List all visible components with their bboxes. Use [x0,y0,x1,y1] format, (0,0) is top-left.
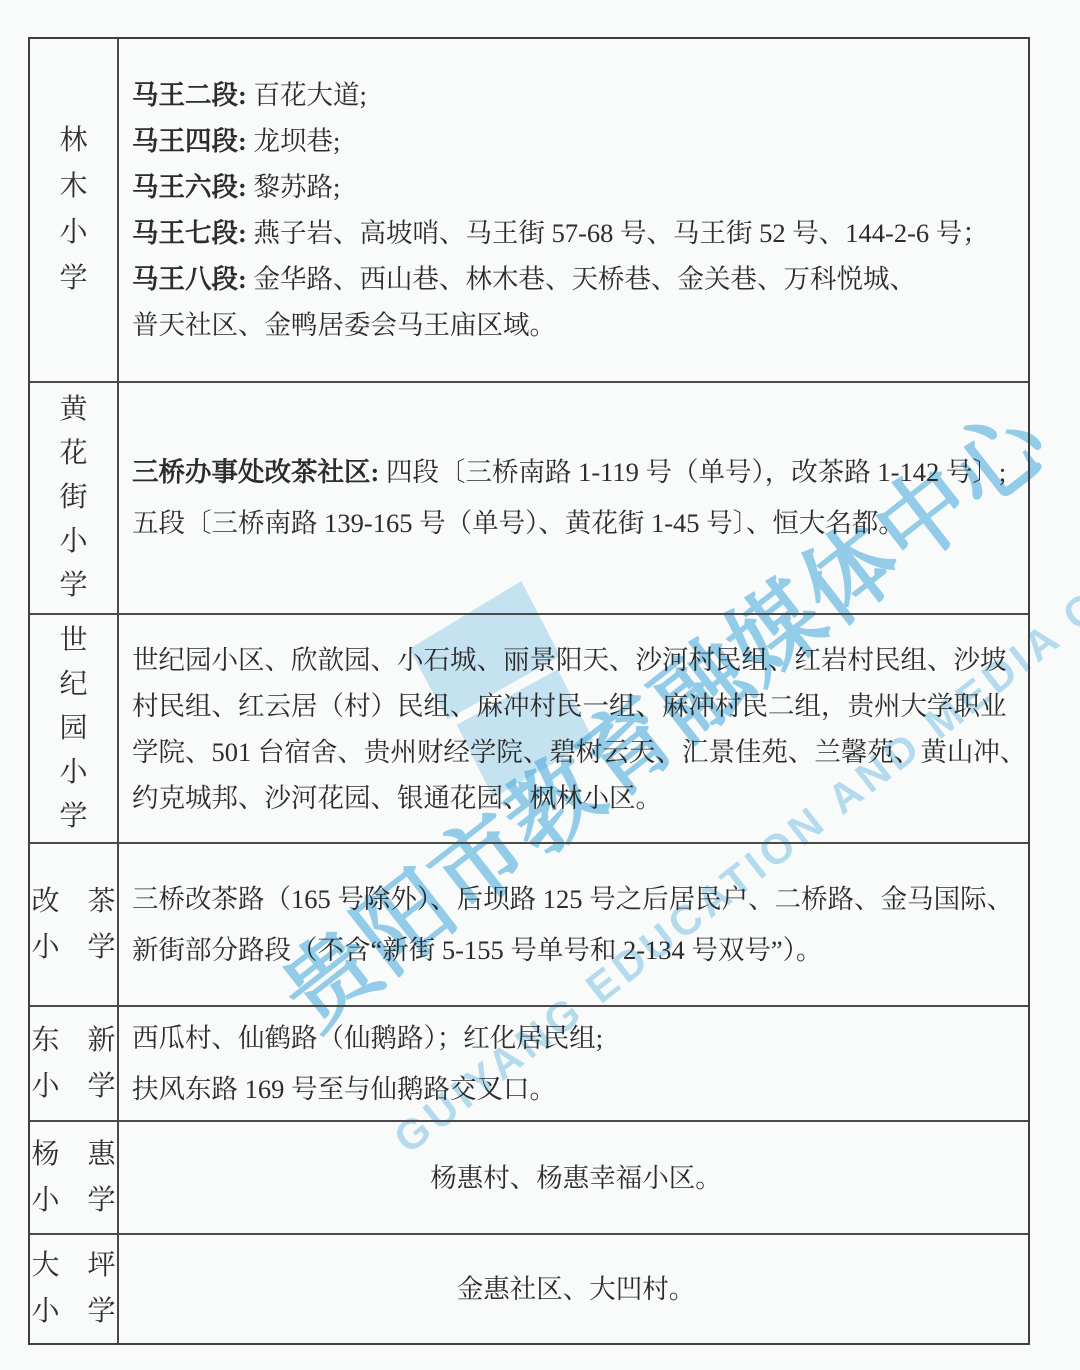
school-name-cell: 林木小学 [30,39,119,381]
district-text-line: 约克城邦、沙河花园、银通花园、枫林小区。 [132,775,1020,821]
district-text-line: 马王六段: 黎苏路; [132,164,1020,210]
table-row: 东 新小 学西瓜村、仙鹤路（仙鹅路）；红化居民组;扶风东路 169 号至与仙鹅路… [30,1007,1028,1122]
district-text-cell: 世纪园小区、欣歆园、小石城、丽景阳天、沙河村民组、红岩村民组、沙坡村民组、红云居… [119,615,1028,842]
district-text-cell: 金惠社区、大凹村。 [119,1235,1028,1343]
school-name-line: 林 [59,118,87,164]
school-name-line: 大 坪 [31,1243,115,1289]
school-name-line: 园 [59,707,87,751]
district-text-line: 西瓜村、仙鹤路（仙鹅路）；红化居民组; [132,1013,1020,1064]
district-text-line: 普天社区、金鸭居委会马王庙区域。 [132,302,1020,348]
school-name-line: 小 学 [31,1064,115,1110]
school-name-line: 小 学 [31,925,115,971]
school-name-line: 木 [59,164,87,210]
table-row: 林木小学马王二段: 百花大道;马王四段: 龙坝巷;马王六段: 黎苏路;马王七段:… [30,39,1028,383]
school-name-line: 花 [59,432,87,476]
district-text-line: 马王八段: 金华路、西山巷、林木巷、天桥巷、金关巷、万科悦城、 [132,256,1020,302]
district-text-line: 五段〔三桥南路 139-165 号（单号）、黄花街 1-45 号〕、恒大名都。 [132,498,1020,549]
district-text-cell: 杨惠村、杨惠幸福小区。 [119,1122,1028,1233]
school-name-line: 小 [59,520,87,564]
district-text-cell: 三桥改茶路（165 号除外）、后坝路 125 号之后居民户、二桥路、金马国际、新… [119,844,1028,1005]
table-row: 黄花街小学三桥办事处改茶社区: 四段〔三桥南路 1-119 号（单号），改茶路 … [30,383,1028,615]
district-table: 林木小学马王二段: 百花大道;马王四段: 龙坝巷;马王六段: 黎苏路;马王七段:… [28,37,1030,1345]
school-name-line: 学 [59,564,87,608]
school-name-cell: 黄花街小学 [30,383,119,613]
school-name-line: 东 新 [31,1018,115,1064]
district-text-cell: 三桥办事处改茶社区: 四段〔三桥南路 1-119 号（单号），改茶路 1-142… [119,383,1028,613]
school-name-line: 小 学 [31,1178,115,1224]
district-text-line: 世纪园小区、欣歆园、小石城、丽景阳天、沙河村民组、红岩村民组、沙坡 [132,637,1020,683]
school-name-line: 世 [59,619,87,663]
school-name-line: 小 学 [31,1289,115,1335]
district-text-line: 马王七段: 燕子岩、高坡哨、马王街 57-68 号、马王街 52 号、144-2… [132,210,1020,256]
document-page: 贵阳市教育融媒体中心 GUIYANG EDUCATION AND MEDIA C… [0,0,1080,1370]
district-text-line: 杨惠村、杨惠幸福小区。 [430,1155,722,1201]
school-name-line: 改 茶 [31,879,115,925]
district-text-cell: 马王二段: 百花大道;马王四段: 龙坝巷;马王六段: 黎苏路;马王七段: 燕子岩… [119,39,1028,381]
school-name-cell: 改 茶小 学 [30,844,119,1005]
school-name-line: 杨 惠 [31,1132,115,1178]
school-name-line: 黄 [59,388,87,432]
school-name-line: 街 [59,476,87,520]
district-text-line: 金惠社区、大凹村。 [457,1266,696,1312]
school-name-cell: 杨 惠小 学 [30,1122,119,1233]
district-text-line: 三桥改茶路（165 号除外）、后坝路 125 号之后居民户、二桥路、金马国际、 [132,874,1020,925]
school-name-cell: 世纪园小学 [30,615,119,842]
district-text-cell: 西瓜村、仙鹤路（仙鹅路）；红化居民组;扶风东路 169 号至与仙鹅路交叉口。 [119,1007,1028,1120]
district-text-line: 三桥办事处改茶社区: 四段〔三桥南路 1-119 号（单号），改茶路 1-142… [132,447,1020,498]
district-text-line: 新街部分路段（不含“新街 5-155 号单号和 2-134 号双号”）。 [132,925,1020,976]
table-row: 改 茶小 学三桥改茶路（165 号除外）、后坝路 125 号之后居民户、二桥路、… [30,844,1028,1007]
district-text-line: 学院、501 台宿舍、贵州财经学院、碧树云天、汇景佳苑、兰馨苑、黄山冲、 [132,729,1020,775]
school-name-line: 小 [59,210,87,256]
school-name-cell: 大 坪小 学 [30,1235,119,1343]
district-text-line: 扶风东路 169 号至与仙鹅路交叉口。 [132,1064,1020,1115]
table-row: 大 坪小 学金惠社区、大凹村。 [30,1235,1028,1343]
district-text-line: 村民组、红云居（村）民组、麻冲村民一组、麻冲村民二组，贵州大学职业 [132,683,1020,729]
table-row: 世纪园小学世纪园小区、欣歆园、小石城、丽景阳天、沙河村民组、红岩村民组、沙坡村民… [30,615,1028,844]
school-name-line: 纪 [59,663,87,707]
table-row: 杨 惠小 学杨惠村、杨惠幸福小区。 [30,1122,1028,1235]
school-name-cell: 东 新小 学 [30,1007,119,1120]
school-name-line: 学 [59,256,87,302]
district-text-line: 马王二段: 百花大道; [132,72,1020,118]
school-name-line: 学 [59,795,87,839]
school-name-line: 小 [59,751,87,795]
district-text-line: 马王四段: 龙坝巷; [132,118,1020,164]
